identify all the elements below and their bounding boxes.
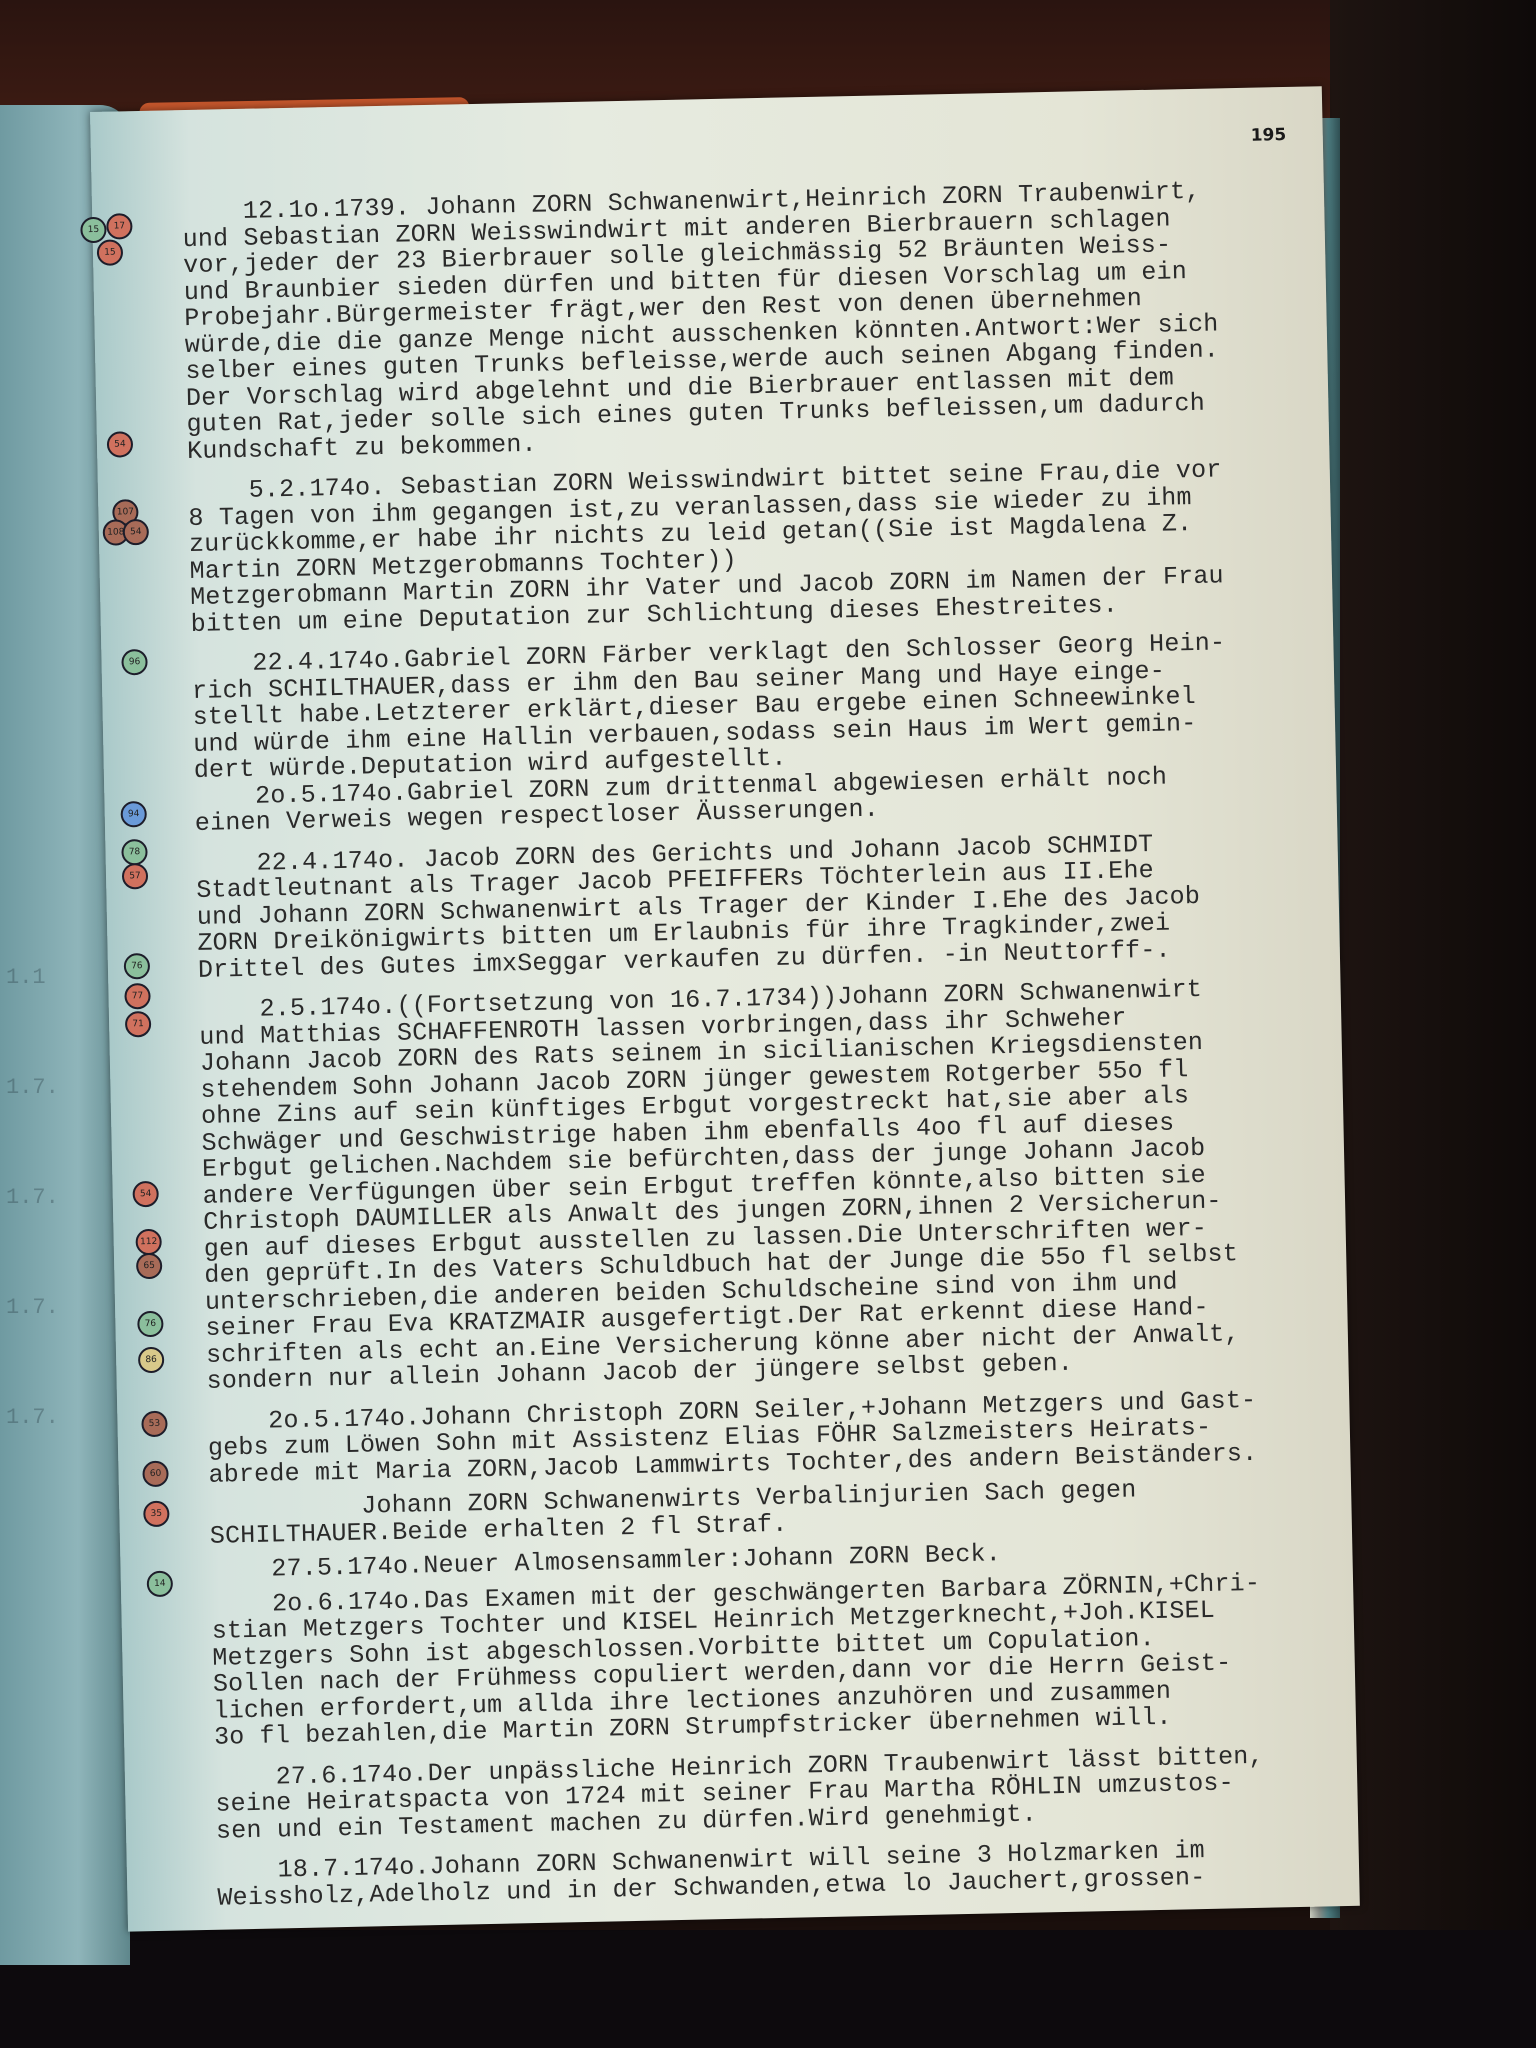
margin-marker: 57 xyxy=(122,863,149,890)
margin-marker: 76 xyxy=(137,1311,164,1338)
ghost-text: 1.7. xyxy=(6,1075,59,1100)
entry: 5.2.174o. Sebastian ZORN Weisswindwirt b… xyxy=(188,456,1311,638)
margin-marker: 60 xyxy=(142,1461,169,1488)
background-right xyxy=(1330,0,1536,2048)
ghost-text: 1.1 xyxy=(6,965,46,990)
margin-marker: 96 xyxy=(121,649,148,676)
margin-marker: 15 xyxy=(97,239,124,266)
margin-marker: 54 xyxy=(123,519,150,546)
margin-marker: 76 xyxy=(124,953,151,980)
document-page: 195 12.1o.1739. Johann ZORN Schwanenwirt… xyxy=(90,86,1360,1931)
entry: 22.4.174o.Gabriel ZORN Färber verklagt d… xyxy=(191,629,1315,838)
margin-marker: 15 xyxy=(80,217,107,244)
ghost-text: 1.7. xyxy=(6,1295,59,1320)
entry: 2.5.174o.((Fortsetzung von 16.7.1734))Jo… xyxy=(199,974,1327,1395)
margin-marker: 35 xyxy=(143,1501,170,1528)
ghost-text: 1.7. xyxy=(6,1405,59,1430)
entry: 2o.6.174o.Das Examen mit der geschwänger… xyxy=(211,1569,1334,1751)
margin-marker: 53 xyxy=(141,1411,168,1438)
margin-marker: 71 xyxy=(125,1011,152,1038)
margin-marker: 17 xyxy=(106,213,133,240)
typewritten-text: 12.1o.1739. Johann ZORN Schwanenwirt,Hei… xyxy=(182,177,1338,1912)
margin-marker: 14 xyxy=(147,1571,174,1598)
entry: 12.1o.1739. Johann ZORN Schwanenwirt,Hei… xyxy=(182,177,1307,465)
margin-marker: 86 xyxy=(138,1347,165,1374)
margin-marker: 78 xyxy=(121,839,148,866)
entry: 22.4.174o. Jacob ZORN des Gerichts und J… xyxy=(196,828,1319,984)
page-number: 195 xyxy=(1251,125,1287,146)
margin-marker: 65 xyxy=(136,1253,163,1280)
ghost-text: 1.7. xyxy=(6,1185,59,1210)
margin-marker: 94 xyxy=(120,801,147,828)
margin-marker: 77 xyxy=(124,983,151,1010)
margin-marker: 54 xyxy=(132,1181,159,1208)
margin-marker: 54 xyxy=(107,431,134,458)
background-bottom xyxy=(0,1930,1536,2048)
margin-marker: 112 xyxy=(135,1229,162,1256)
